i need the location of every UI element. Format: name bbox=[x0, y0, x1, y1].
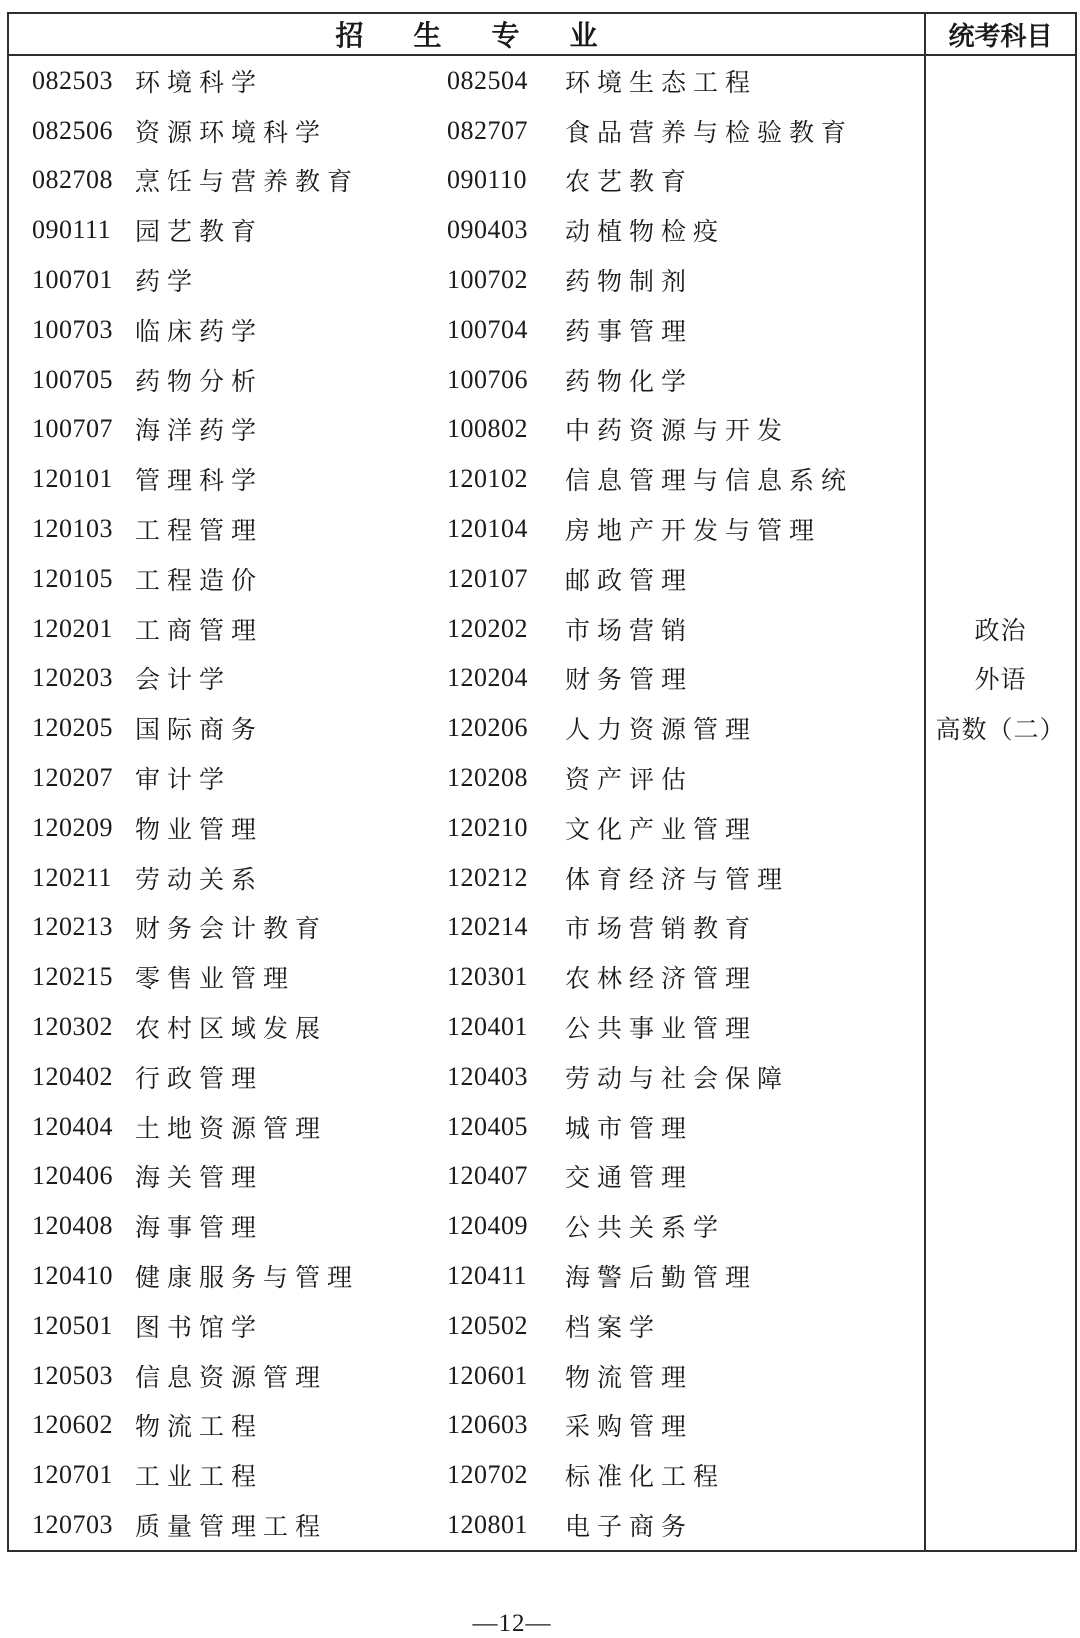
major-code: 120102 bbox=[447, 464, 528, 494]
major-name: 物流管理 bbox=[565, 1358, 693, 1394]
subject-cell bbox=[926, 205, 1075, 255]
major-name: 信息资源管理 bbox=[135, 1358, 327, 1394]
subject-cell bbox=[926, 355, 1075, 405]
major-name: 环境生态工程 bbox=[565, 63, 757, 99]
major-code: 100701 bbox=[32, 265, 113, 295]
major-name: 市场营销 bbox=[565, 611, 693, 647]
major-code: 120409 bbox=[447, 1211, 528, 1241]
table-row: 120602物流工程120603采购管理 bbox=[9, 1401, 924, 1451]
major-code: 120407 bbox=[447, 1161, 528, 1191]
table-row: 120211劳动关系120212体育经济与管理 bbox=[9, 853, 924, 903]
major-name: 体育经济与管理 bbox=[565, 860, 789, 896]
major-code: 120410 bbox=[32, 1261, 113, 1291]
major-name: 会计学 bbox=[135, 660, 231, 696]
subject-cell bbox=[926, 1102, 1075, 1152]
major-code: 120103 bbox=[32, 514, 113, 544]
table-row: 120209物业管理120210文化产业管理 bbox=[9, 803, 924, 853]
table-row: 082503环境科学082504环境生态工程 bbox=[9, 56, 924, 106]
major-name: 采购管理 bbox=[565, 1407, 693, 1443]
major-name: 农村区域发展 bbox=[135, 1009, 327, 1045]
subject-cell bbox=[926, 1351, 1075, 1401]
major-code: 120603 bbox=[447, 1410, 528, 1440]
major-code: 082503 bbox=[32, 66, 113, 96]
major-name: 工程造价 bbox=[135, 561, 263, 597]
major-code: 120801 bbox=[447, 1510, 528, 1540]
subject-cell bbox=[926, 1450, 1075, 1500]
table-row: 120402行政管理120403劳动与社会保障 bbox=[9, 1052, 924, 1102]
major-code: 120213 bbox=[32, 912, 113, 942]
major-name: 健康服务与管理 bbox=[135, 1258, 359, 1294]
table-row: 120201工商管理120202市场营销 bbox=[9, 604, 924, 654]
major-name: 电子商务 bbox=[565, 1507, 693, 1543]
major-code: 120301 bbox=[447, 962, 528, 992]
major-code: 082707 bbox=[447, 116, 528, 146]
table-row: 120703质量管理工程120801电子商务 bbox=[9, 1500, 924, 1550]
subjects-header-cell: 统考科目 bbox=[926, 14, 1075, 56]
major-name: 农林经济管理 bbox=[565, 959, 757, 995]
major-name: 零售业管理 bbox=[135, 959, 295, 995]
subject-cell bbox=[926, 853, 1075, 903]
major-name: 园艺教育 bbox=[135, 212, 263, 248]
major-code: 120302 bbox=[32, 1012, 113, 1042]
subject-cell bbox=[926, 1152, 1075, 1202]
major-name: 物业管理 bbox=[135, 810, 263, 846]
major-name: 临床药学 bbox=[135, 312, 263, 348]
major-code: 100703 bbox=[32, 315, 113, 345]
major-name: 海关管理 bbox=[135, 1158, 263, 1194]
table-row: 120701工业工程120702标准化工程 bbox=[9, 1450, 924, 1500]
major-code: 120401 bbox=[447, 1012, 528, 1042]
major-name: 图书馆学 bbox=[135, 1308, 263, 1344]
table-row: 120503信息资源管理120601物流管理 bbox=[9, 1351, 924, 1401]
major-name: 药物分析 bbox=[135, 362, 263, 398]
subject-cell: 高数（二） bbox=[926, 703, 1075, 753]
major-name: 工商管理 bbox=[135, 611, 263, 647]
major-code: 120703 bbox=[32, 1510, 113, 1540]
major-name: 标准化工程 bbox=[565, 1457, 725, 1493]
major-name: 食品营养与检验教育 bbox=[565, 113, 853, 149]
major-name: 药物化学 bbox=[565, 362, 693, 398]
table-row: 100701药学100702药物制剂 bbox=[9, 255, 924, 305]
subject-cell bbox=[926, 504, 1075, 554]
major-code: 090111 bbox=[32, 215, 111, 245]
table-row: 120101管理科学120102信息管理与信息系统 bbox=[9, 454, 924, 504]
major-code: 120201 bbox=[32, 614, 113, 644]
subject-cell bbox=[926, 903, 1075, 953]
subject-cell bbox=[926, 1301, 1075, 1351]
major-code: 082504 bbox=[447, 66, 528, 96]
major-name: 劳动与社会保障 bbox=[565, 1059, 789, 1095]
major-code: 120202 bbox=[447, 614, 528, 644]
major-code: 120215 bbox=[32, 962, 113, 992]
major-code: 120402 bbox=[32, 1062, 113, 1092]
major-name: 审计学 bbox=[135, 760, 231, 796]
table-row: 120205国际商务120206人力资源管理 bbox=[9, 703, 924, 753]
table-row: 100705药物分析100706药物化学 bbox=[9, 355, 924, 405]
major-code: 100802 bbox=[447, 414, 528, 444]
major-code: 100702 bbox=[447, 265, 528, 295]
major-name: 农艺教育 bbox=[565, 162, 693, 198]
subject-cell bbox=[926, 255, 1075, 305]
subject-cell: 政治 bbox=[926, 604, 1075, 654]
major-code: 120105 bbox=[32, 564, 113, 594]
major-code: 120406 bbox=[32, 1161, 113, 1191]
table-row: 120302农村区域发展120401公共事业管理 bbox=[9, 1002, 924, 1052]
major-code: 120408 bbox=[32, 1211, 113, 1241]
major-code: 120107 bbox=[447, 564, 528, 594]
major-name: 信息管理与信息系统 bbox=[565, 461, 853, 497]
major-name: 交通管理 bbox=[565, 1158, 693, 1194]
major-name: 行政管理 bbox=[135, 1059, 263, 1095]
major-name: 国际商务 bbox=[135, 710, 263, 746]
subject-cell bbox=[926, 156, 1075, 206]
table-row: 120213财务会计教育120214市场营销教育 bbox=[9, 903, 924, 953]
major-code: 100704 bbox=[447, 315, 528, 345]
major-name: 财务会计教育 bbox=[135, 909, 327, 945]
major-code: 120207 bbox=[32, 763, 113, 793]
subject-cell bbox=[926, 1500, 1075, 1550]
table-row: 120105工程造价120107邮政管理 bbox=[9, 554, 924, 604]
major-name: 劳动关系 bbox=[135, 860, 263, 896]
major-code: 100706 bbox=[447, 365, 528, 395]
major-name: 动植物检疫 bbox=[565, 212, 725, 248]
subject-cell bbox=[926, 803, 1075, 853]
subject-cell bbox=[926, 1251, 1075, 1301]
major-code: 120403 bbox=[447, 1062, 528, 1092]
major-name: 人力资源管理 bbox=[565, 710, 757, 746]
major-name: 药事管理 bbox=[565, 312, 693, 348]
major-name: 资源环境科学 bbox=[135, 113, 327, 149]
subject-label: 政治 bbox=[974, 611, 1026, 647]
major-code: 120210 bbox=[447, 813, 528, 843]
table-row: 082708烹饪与营养教育090110农艺教育 bbox=[9, 156, 924, 206]
subject-cell bbox=[926, 1052, 1075, 1102]
major-code: 120602 bbox=[32, 1410, 113, 1440]
major-name: 资产评估 bbox=[565, 760, 693, 796]
table-row: 120408海事管理120409公共关系学 bbox=[9, 1201, 924, 1251]
table-row: 120501图书馆学120502档案学 bbox=[9, 1301, 924, 1351]
major-code: 090110 bbox=[447, 165, 527, 195]
major-code: 120411 bbox=[447, 1261, 527, 1291]
major-name: 档案学 bbox=[565, 1308, 661, 1344]
major-name: 烹饪与营养教育 bbox=[135, 162, 359, 198]
major-code: 120205 bbox=[32, 713, 113, 743]
table-row: 100703临床药学100704药事管理 bbox=[9, 305, 924, 355]
major-code: 120405 bbox=[447, 1112, 528, 1142]
subject-cell bbox=[926, 305, 1075, 355]
subject-cell bbox=[926, 1201, 1075, 1251]
subject-cell bbox=[926, 952, 1075, 1002]
major-name: 公共事业管理 bbox=[565, 1009, 757, 1045]
table-row: 100707海洋药学100802中药资源与开发 bbox=[9, 405, 924, 455]
major-code: 120212 bbox=[447, 863, 528, 893]
major-code: 120204 bbox=[447, 663, 528, 693]
major-code: 120214 bbox=[447, 912, 528, 942]
table-row: 120103工程管理120104房地产开发与管理 bbox=[9, 504, 924, 554]
table-row: 082506资源环境科学082707食品营养与检验教育 bbox=[9, 106, 924, 156]
subject-cell bbox=[926, 1401, 1075, 1451]
major-name: 海事管理 bbox=[135, 1208, 263, 1244]
major-code: 082506 bbox=[32, 116, 113, 146]
subject-cell bbox=[926, 56, 1075, 106]
major-code: 120211 bbox=[32, 863, 112, 893]
major-name: 海警后勤管理 bbox=[565, 1258, 757, 1294]
major-name: 城市管理 bbox=[565, 1109, 693, 1145]
major-name: 环境科学 bbox=[135, 63, 263, 99]
major-name: 海洋药学 bbox=[135, 411, 263, 447]
table-row: 120404土地资源管理120405城市管理 bbox=[9, 1102, 924, 1152]
subject-label: 高数（二） bbox=[935, 710, 1065, 746]
page-footer: —12— bbox=[0, 1610, 1024, 1638]
enrollment-majors-table: 招 生 专 业 统考科目 082503环境科学082504环境生态工程08250… bbox=[7, 12, 1077, 1552]
table-row: 120203会计学120204财务管理 bbox=[9, 654, 924, 704]
major-code: 120503 bbox=[32, 1361, 113, 1391]
major-code: 100707 bbox=[32, 414, 113, 444]
major-code: 120601 bbox=[447, 1361, 528, 1391]
major-code: 120209 bbox=[32, 813, 113, 843]
table-row: 090111园艺教育090403动植物检疫 bbox=[9, 205, 924, 255]
subject-label: 外语 bbox=[974, 660, 1026, 696]
major-name: 文化产业管理 bbox=[565, 810, 757, 846]
major-code: 120101 bbox=[32, 464, 113, 494]
major-code: 120208 bbox=[447, 763, 528, 793]
major-code: 120701 bbox=[32, 1460, 113, 1490]
subjects-header-title: 统考科目 bbox=[948, 16, 1052, 53]
table-row: 120207审计学120208资产评估 bbox=[9, 753, 924, 803]
major-code: 120702 bbox=[447, 1460, 528, 1490]
subject-cell bbox=[926, 454, 1075, 504]
subjects-column: 政治外语高数（二） bbox=[926, 56, 1075, 1550]
table-row: 120406海关管理120407交通管理 bbox=[9, 1152, 924, 1202]
major-name: 财务管理 bbox=[565, 660, 693, 696]
majors-header-title: 招 生 专 业 bbox=[335, 14, 608, 54]
majors-header-cell: 招 生 专 业 bbox=[9, 14, 926, 56]
major-name: 药物制剂 bbox=[565, 262, 693, 298]
subject-cell: 外语 bbox=[926, 654, 1075, 704]
major-code: 082708 bbox=[32, 165, 113, 195]
major-name: 工程管理 bbox=[135, 511, 263, 547]
major-code: 120206 bbox=[447, 713, 528, 743]
major-name: 土地资源管理 bbox=[135, 1109, 327, 1145]
subject-cell bbox=[926, 1002, 1075, 1052]
table-row: 120215零售业管理120301农林经济管理 bbox=[9, 952, 924, 1002]
major-name: 物流工程 bbox=[135, 1407, 263, 1443]
subject-cell bbox=[926, 106, 1075, 156]
subject-cell bbox=[926, 405, 1075, 455]
major-name: 市场营销教育 bbox=[565, 909, 757, 945]
majors-column: 082503环境科学082504环境生态工程082506资源环境科学082707… bbox=[9, 56, 926, 1550]
major-name: 中药资源与开发 bbox=[565, 411, 789, 447]
major-code: 100705 bbox=[32, 365, 113, 395]
major-code: 120203 bbox=[32, 663, 113, 693]
major-name: 质量管理工程 bbox=[135, 1507, 327, 1543]
major-code: 090403 bbox=[447, 215, 528, 245]
page-number: —12— bbox=[473, 1610, 552, 1637]
major-name: 管理科学 bbox=[135, 461, 263, 497]
major-name: 房地产开发与管理 bbox=[565, 511, 821, 547]
major-name: 药学 bbox=[135, 262, 199, 298]
major-code: 120104 bbox=[447, 514, 528, 544]
major-code: 120502 bbox=[447, 1311, 528, 1341]
subject-cell bbox=[926, 554, 1075, 604]
major-code: 120501 bbox=[32, 1311, 113, 1341]
major-name: 公共关系学 bbox=[565, 1208, 725, 1244]
subject-cell bbox=[926, 753, 1075, 803]
major-name: 工业工程 bbox=[135, 1457, 263, 1493]
table-row: 120410健康服务与管理120411海警后勤管理 bbox=[9, 1251, 924, 1301]
major-name: 邮政管理 bbox=[565, 561, 693, 597]
major-code: 120404 bbox=[32, 1112, 113, 1142]
